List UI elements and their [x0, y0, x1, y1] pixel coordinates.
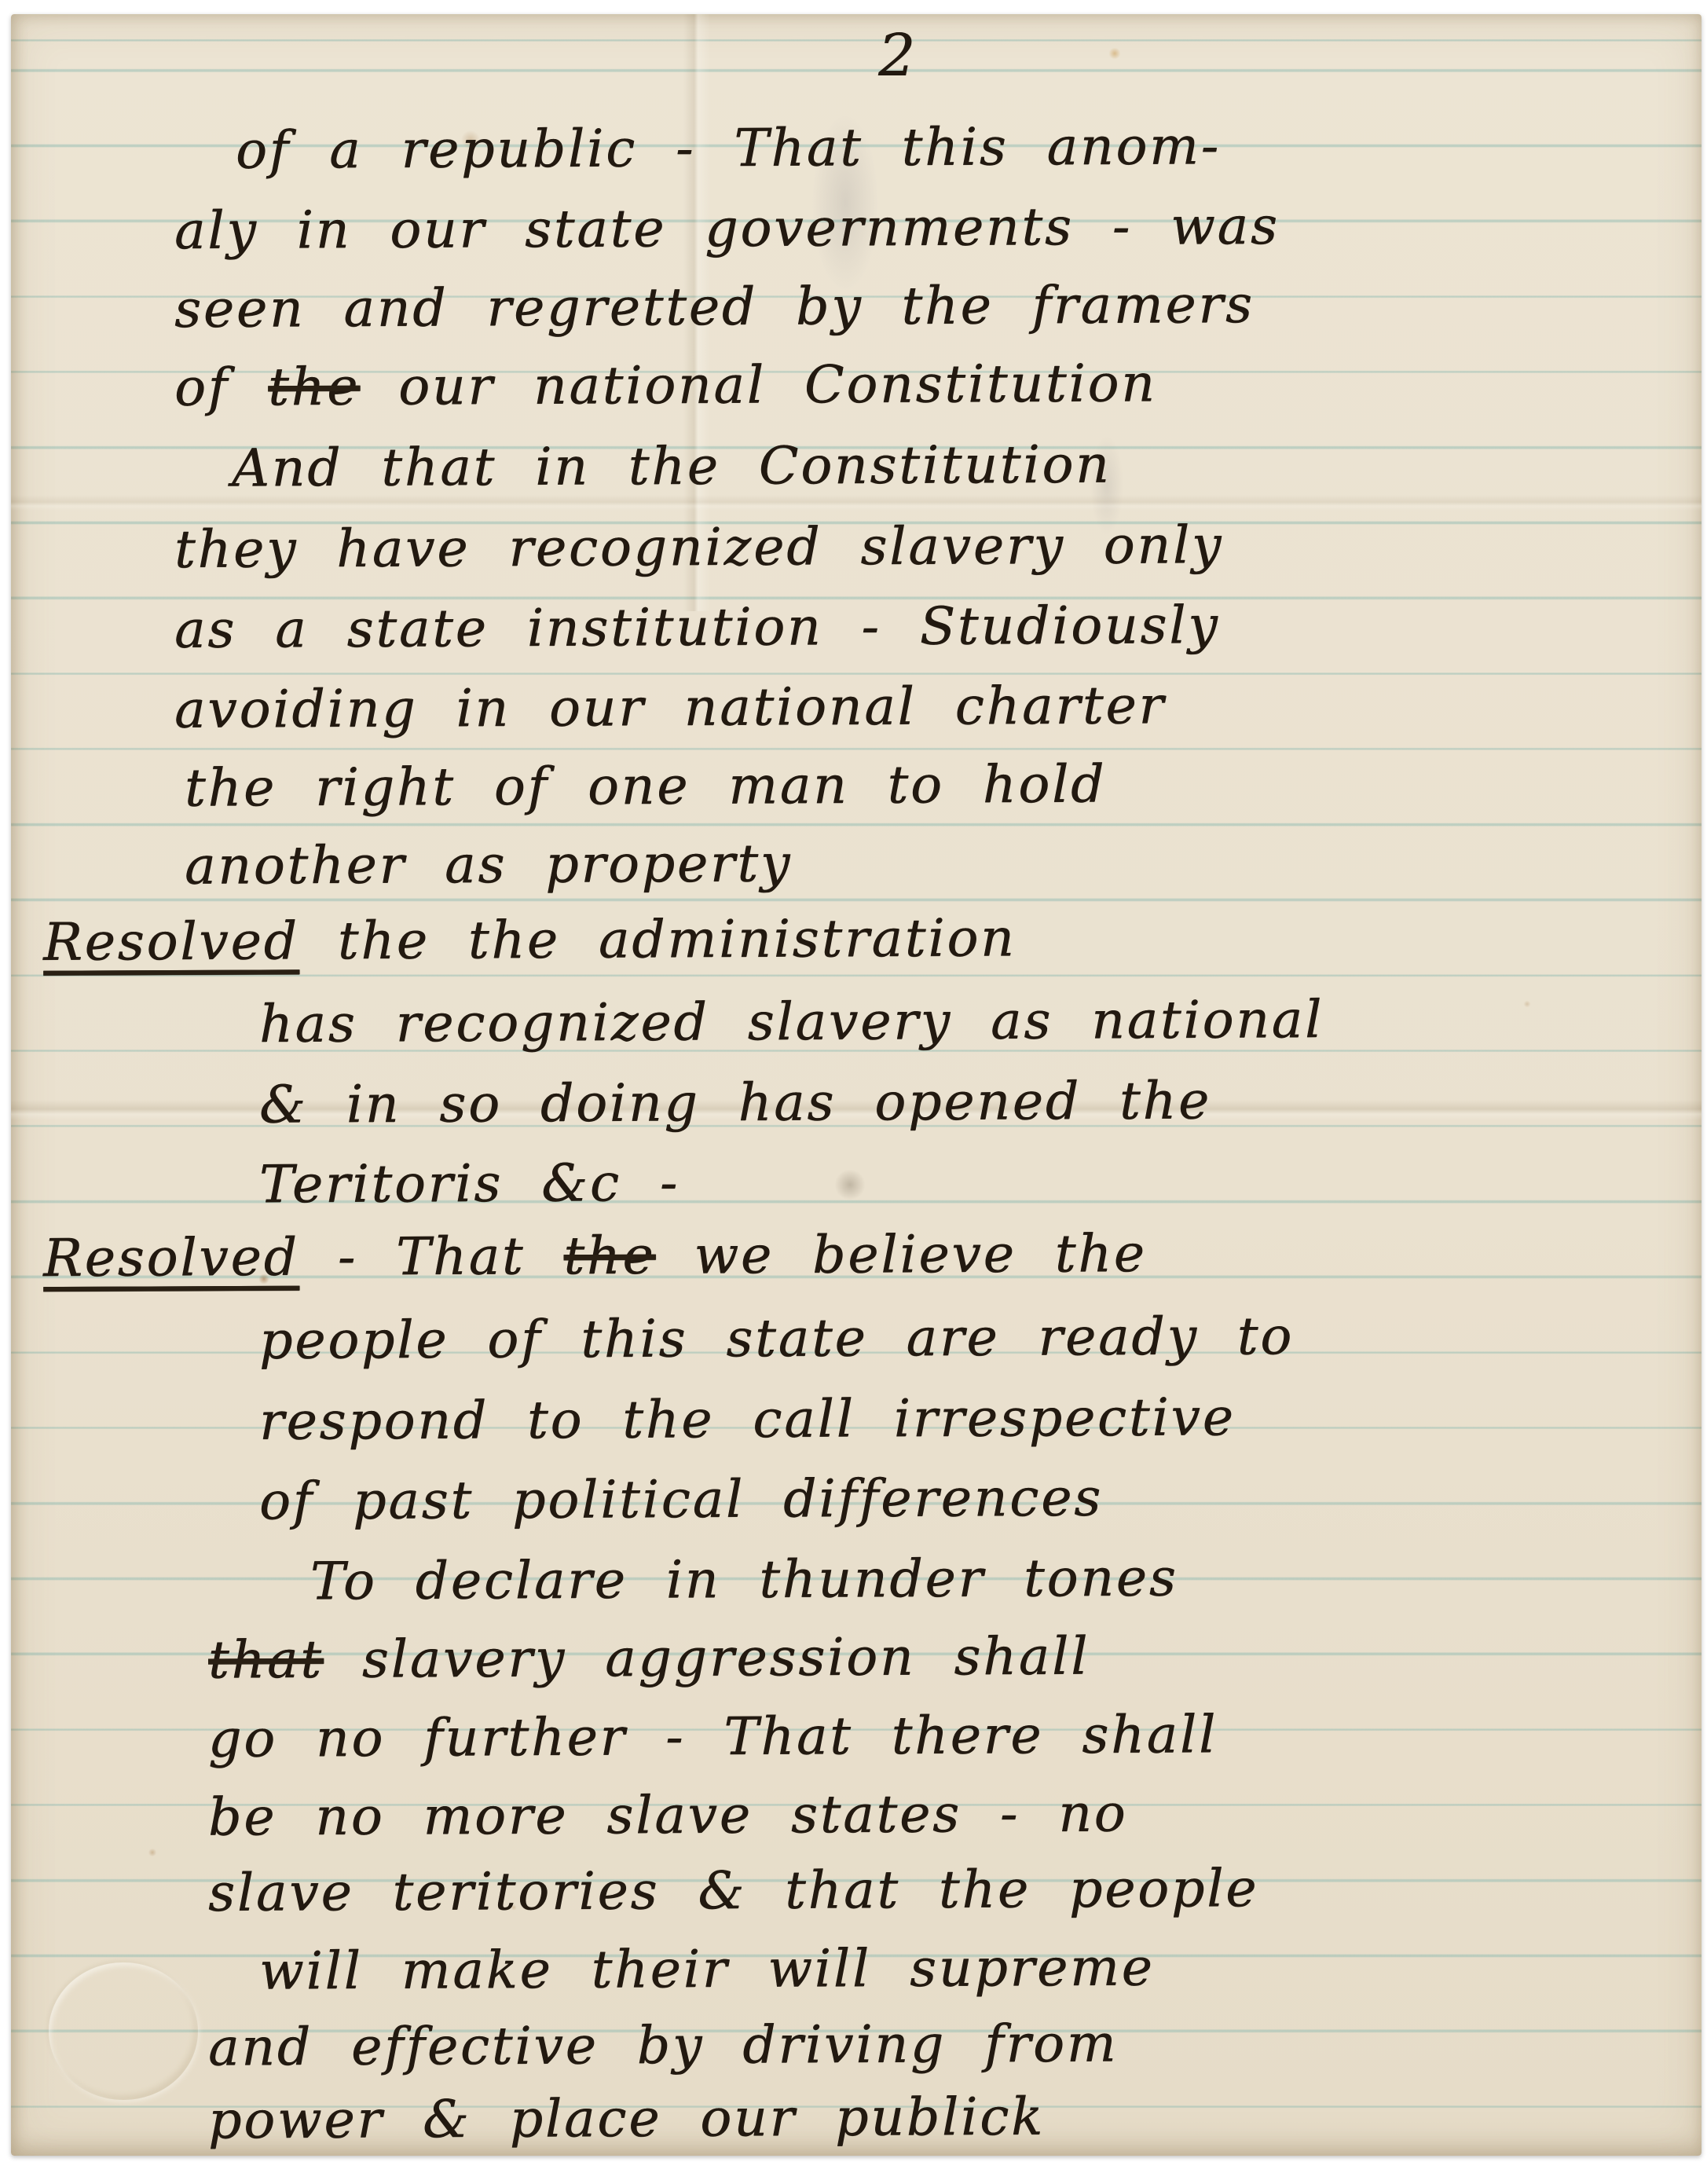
handwritten-text: people of this state are ready to — [259, 1306, 1294, 1371]
handwritten-text: and effective by driving from — [208, 2013, 1119, 2077]
underlined-word: Resolved — [43, 1227, 299, 1288]
manuscript-line: & in so doing has opened the — [259, 1070, 1211, 1134]
handwritten-text: be no more slave states - no — [208, 1783, 1128, 1847]
handwritten-text: - That — [299, 1226, 564, 1287]
manuscript-line: another as property — [185, 833, 793, 896]
manuscript-line: of the our national Constitution — [174, 353, 1157, 417]
manuscript-line: that slavery aggression shall — [208, 1626, 1090, 1691]
manuscript-line: will make their will supreme — [259, 1937, 1155, 2002]
manuscript-line: Teritoris &c - — [259, 1152, 680, 1215]
manuscript-line: Resolved - That the we believe the — [43, 1223, 1147, 1288]
handwritten-text: & in so doing has opened the — [259, 1070, 1211, 1134]
handwritten-text: Teritoris &c - — [259, 1152, 680, 1215]
handwritten-text: go no further - That there shall — [208, 1704, 1218, 1769]
handwritten-text: of — [174, 357, 268, 418]
manuscript-line: power & place our publick — [208, 2087, 1045, 2151]
handwritten-text: has recognized slavery as national — [259, 989, 1324, 1054]
handwritten-text: our national Constitution — [360, 353, 1157, 416]
manuscript-line: Resolved the the administration — [43, 907, 1017, 972]
handwritten-text: as a state institution - Studiously — [174, 595, 1220, 660]
handwritten-text: To declare in thunder tones — [310, 1548, 1178, 1612]
handwritten-text: another as property — [185, 833, 793, 896]
manuscript-line: respond to the call irrespective — [259, 1387, 1236, 1451]
manuscript-line: of past political differences — [259, 1468, 1103, 1532]
manuscript-line: people of this state are ready to — [259, 1306, 1294, 1371]
struck-out-word: that — [208, 1629, 324, 1691]
struck-out-word: the — [268, 357, 360, 418]
handwriting-layer: of a republic - That this anom-aly in ou… — [0, 0, 1707, 2184]
struck-out-word: the — [563, 1226, 655, 1287]
handwritten-text: of past political differences — [259, 1468, 1103, 1532]
manuscript-line: the right of one man to hold — [185, 753, 1107, 818]
handwritten-text: of a republic - That this anom- — [236, 115, 1221, 180]
manuscript-line: aly in our state governments - was — [174, 196, 1280, 261]
handwritten-text: avoiding in our national charter — [174, 675, 1166, 740]
manuscript-line: they have recognized slavery only — [174, 515, 1224, 580]
manuscript-line: avoiding in our national charter — [174, 675, 1166, 740]
manuscript-line: To declare in thunder tones — [310, 1548, 1178, 1612]
manuscript-line: go no further - That there shall — [208, 1704, 1218, 1769]
manuscript-line: and effective by driving from — [208, 2013, 1119, 2077]
manuscript-line: as a state institution - Studiously — [174, 595, 1220, 660]
handwritten-text: they have recognized slavery only — [174, 515, 1224, 580]
manuscript-line: has recognized slavery as national — [259, 989, 1324, 1054]
handwritten-text: the the administration — [299, 907, 1017, 971]
manuscript-line: seen and regretted by the framers — [174, 274, 1255, 339]
handwritten-text: And that in the Constitution — [232, 434, 1112, 499]
handwritten-text: slavery aggression shall — [324, 1626, 1090, 1690]
manuscript-line: be no more slave states - no — [208, 1783, 1128, 1847]
handwritten-text: the right of one man to hold — [185, 753, 1107, 818]
handwritten-text: seen and regretted by the framers — [174, 274, 1255, 339]
handwritten-text: aly in our state governments - was — [174, 196, 1280, 261]
handwritten-text: we believe the — [655, 1223, 1147, 1286]
manuscript-line: of a republic - That this anom- — [236, 115, 1221, 180]
handwritten-text: slave teritories & that the people — [208, 1858, 1259, 1923]
handwritten-text: power & place our publick — [208, 2087, 1045, 2151]
manuscript-line: And that in the Constitution — [232, 434, 1112, 499]
handwritten-text: will make their will supreme — [259, 1937, 1155, 2002]
underlined-word: Resolved — [43, 911, 299, 972]
manuscript-line: slave teritories & that the people — [208, 1858, 1259, 1923]
handwritten-text: respond to the call irrespective — [259, 1387, 1236, 1451]
